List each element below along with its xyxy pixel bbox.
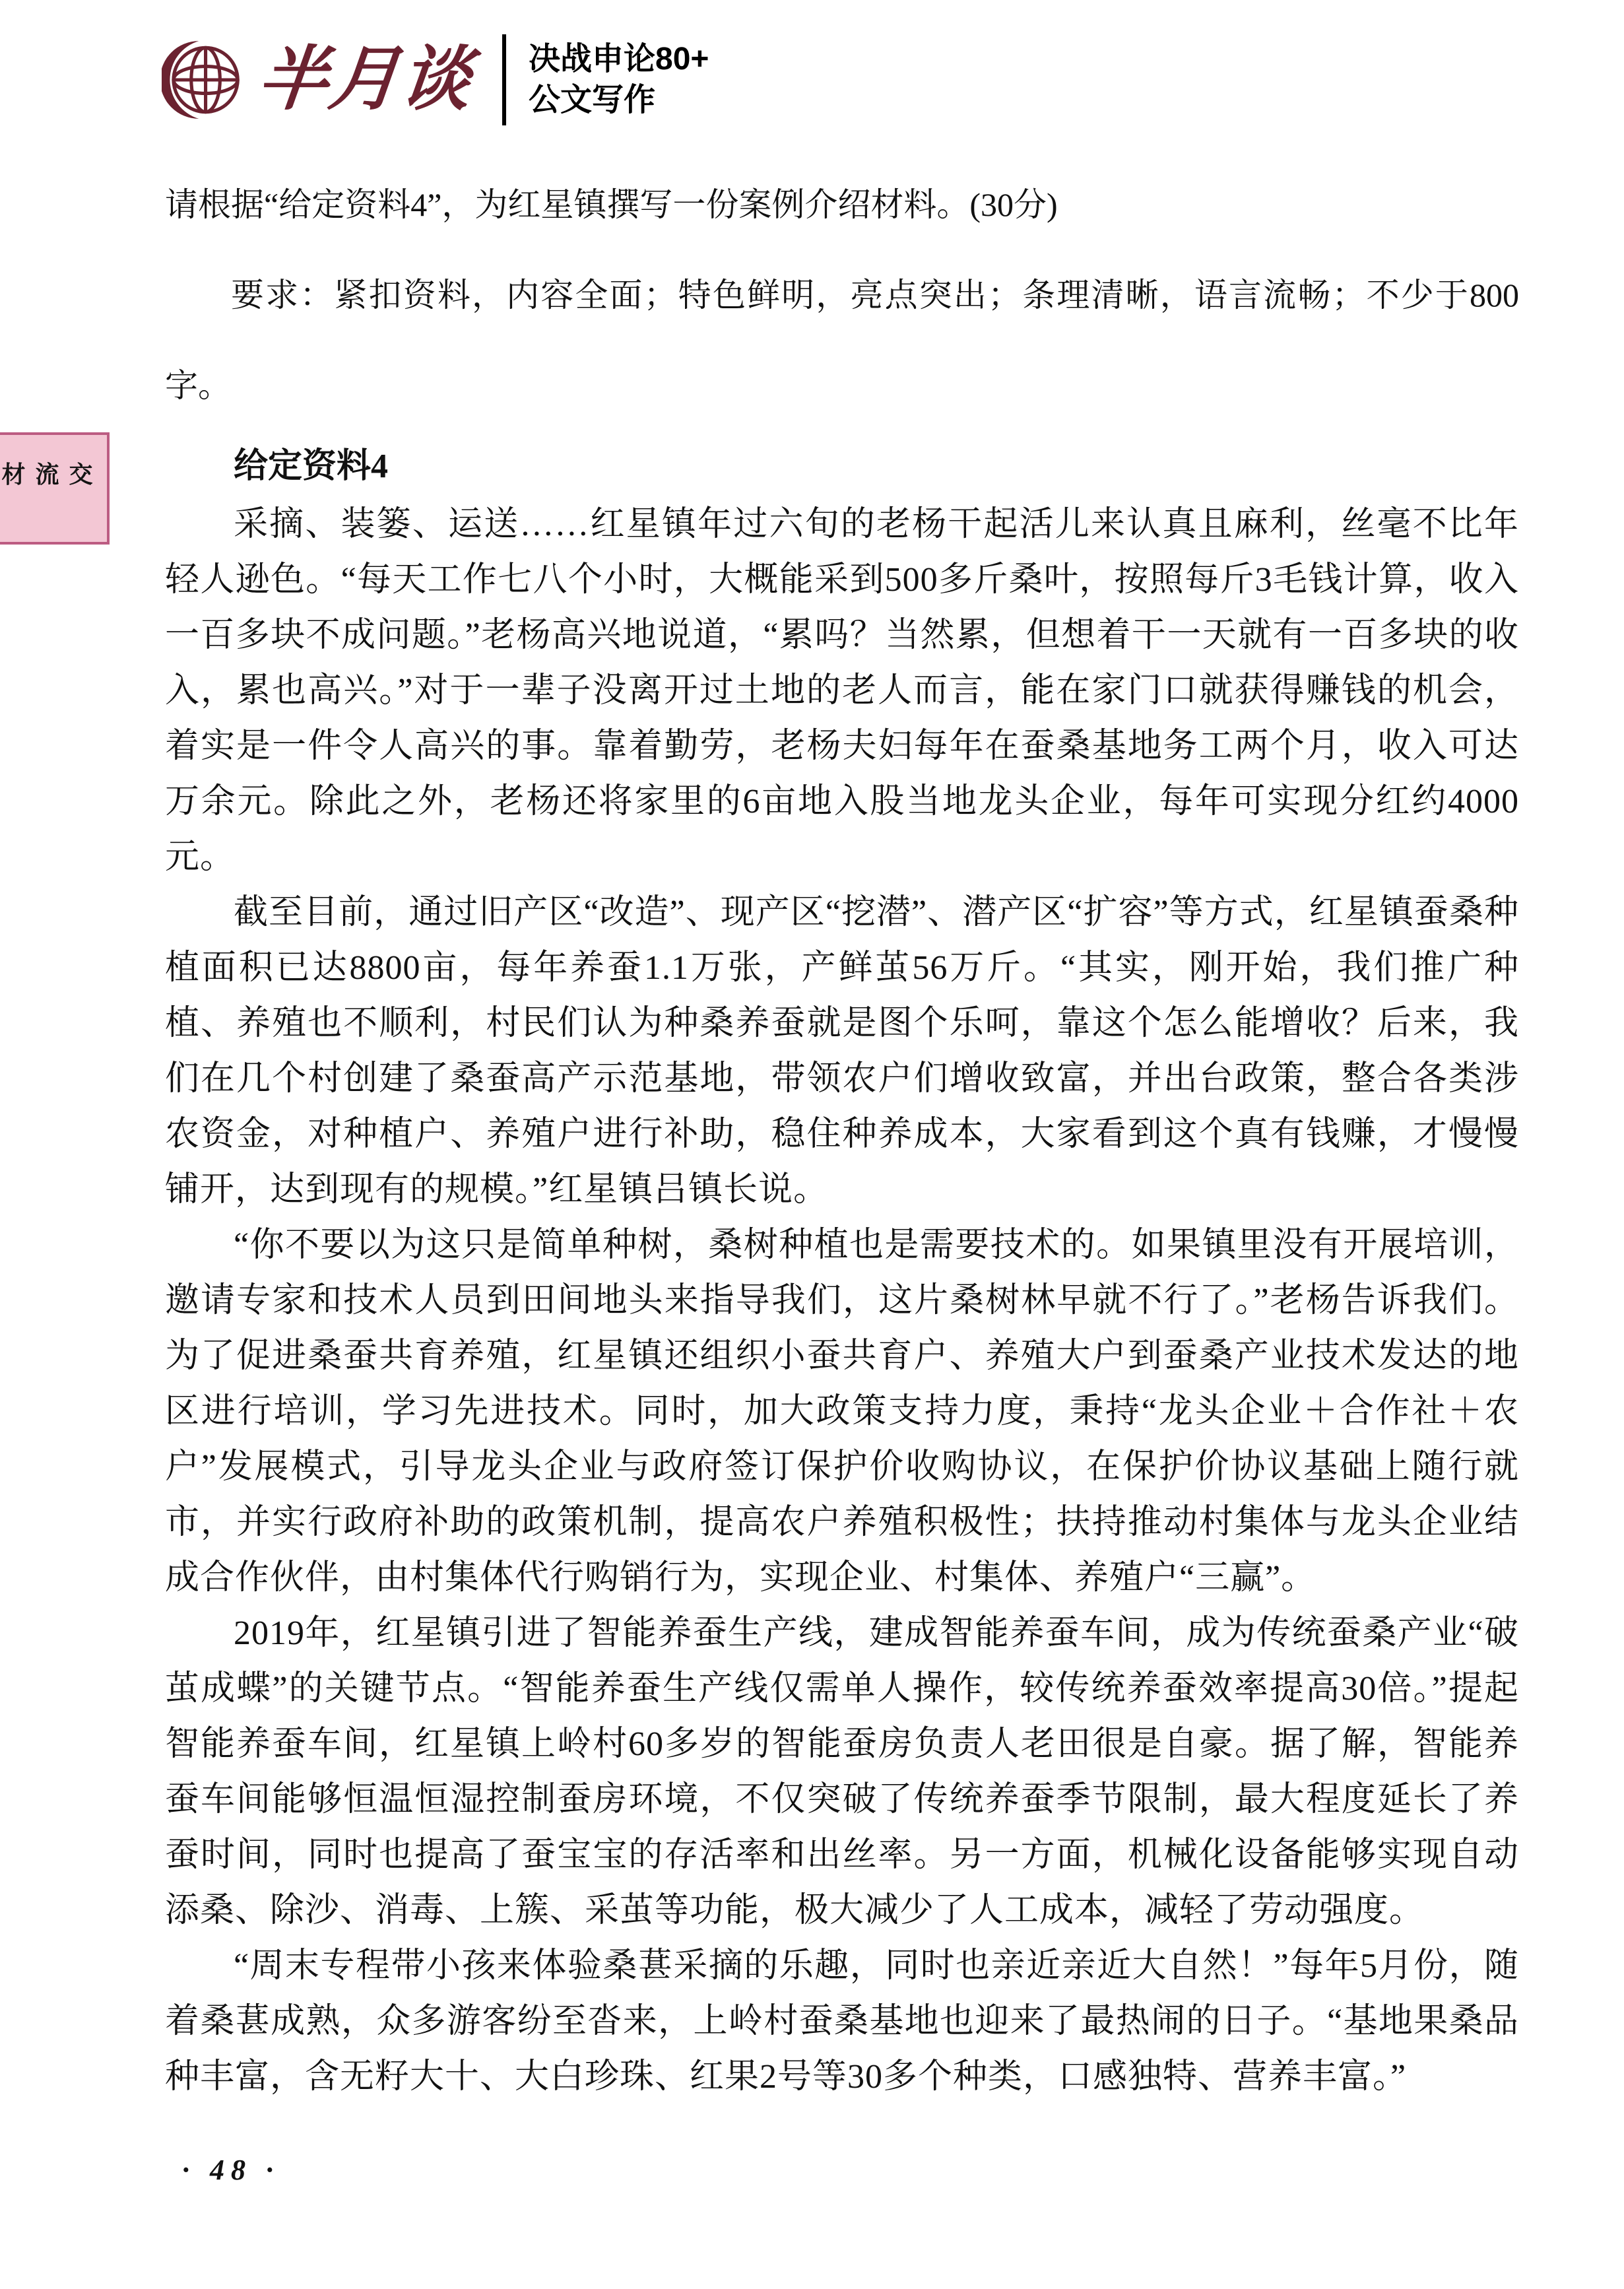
- header-tagline: 决战申论80+ 公文写作: [529, 39, 709, 121]
- question-prompt: 请根据“给定资料4”，为红星镇撰写一份案例介绍材料。(30分): [165, 160, 1519, 250]
- globe-logo-icon: [162, 38, 246, 122]
- tagline-line1: 决战申论80+: [529, 39, 709, 80]
- header-divider: [502, 34, 506, 125]
- material-paragraph-3: “你不要以为这只是简单种树，桑树种植也是需要技术的。如果镇里没有开展培训，邀请专…: [165, 1218, 1519, 1606]
- material-paragraph-2: 截至目前，通过旧产区“改造”、现产区“挖潜”、潜产区“扩容”等方式，红星镇蚕桑种…: [165, 885, 1519, 1218]
- side-tab-label: 交流材料: [0, 462, 96, 515]
- book-page: 半月谈 决战申论80+ 公文写作 交流材料 请根据“给定资料4”，为红星镇撰写一…: [0, 0, 1624, 2289]
- material-paragraph-5: “周末专程带小孩来体验桑葚采摘的乐趣，同时也亲近亲近大自然！”每年5月份，随着桑…: [165, 1939, 1519, 2105]
- material-heading: 给定资料4: [165, 436, 1519, 497]
- chapter-side-tab: 交流材料: [0, 432, 110, 545]
- material-paragraph-1: 采摘、装篓、运送……红星镇年过六旬的老杨干起活儿来认真且麻利，丝毫不比年轻人逊色…: [165, 497, 1519, 885]
- question-requirements: 要求：紧扣资料，内容全面；特色鲜明，亮点突出；条理清晰，语言流畅；不少于800字…: [165, 250, 1519, 431]
- tagline-line2: 公文写作: [529, 80, 709, 121]
- material-paragraph-4: 2019年，红星镇引进了智能养蚕生产线，建成智能养蚕车间，成为传统蚕桑产业“破茧…: [165, 1606, 1519, 1939]
- page-header: 半月谈 决战申论80+ 公文写作: [162, 34, 709, 125]
- brand-wordmark: 半月谈: [254, 45, 475, 115]
- main-content: 请根据“给定资料4”，为红星镇撰写一份案例介绍材料。(30分) 要求：紧扣资料，…: [165, 160, 1519, 2105]
- page-number: · 48 ·: [182, 2153, 280, 2187]
